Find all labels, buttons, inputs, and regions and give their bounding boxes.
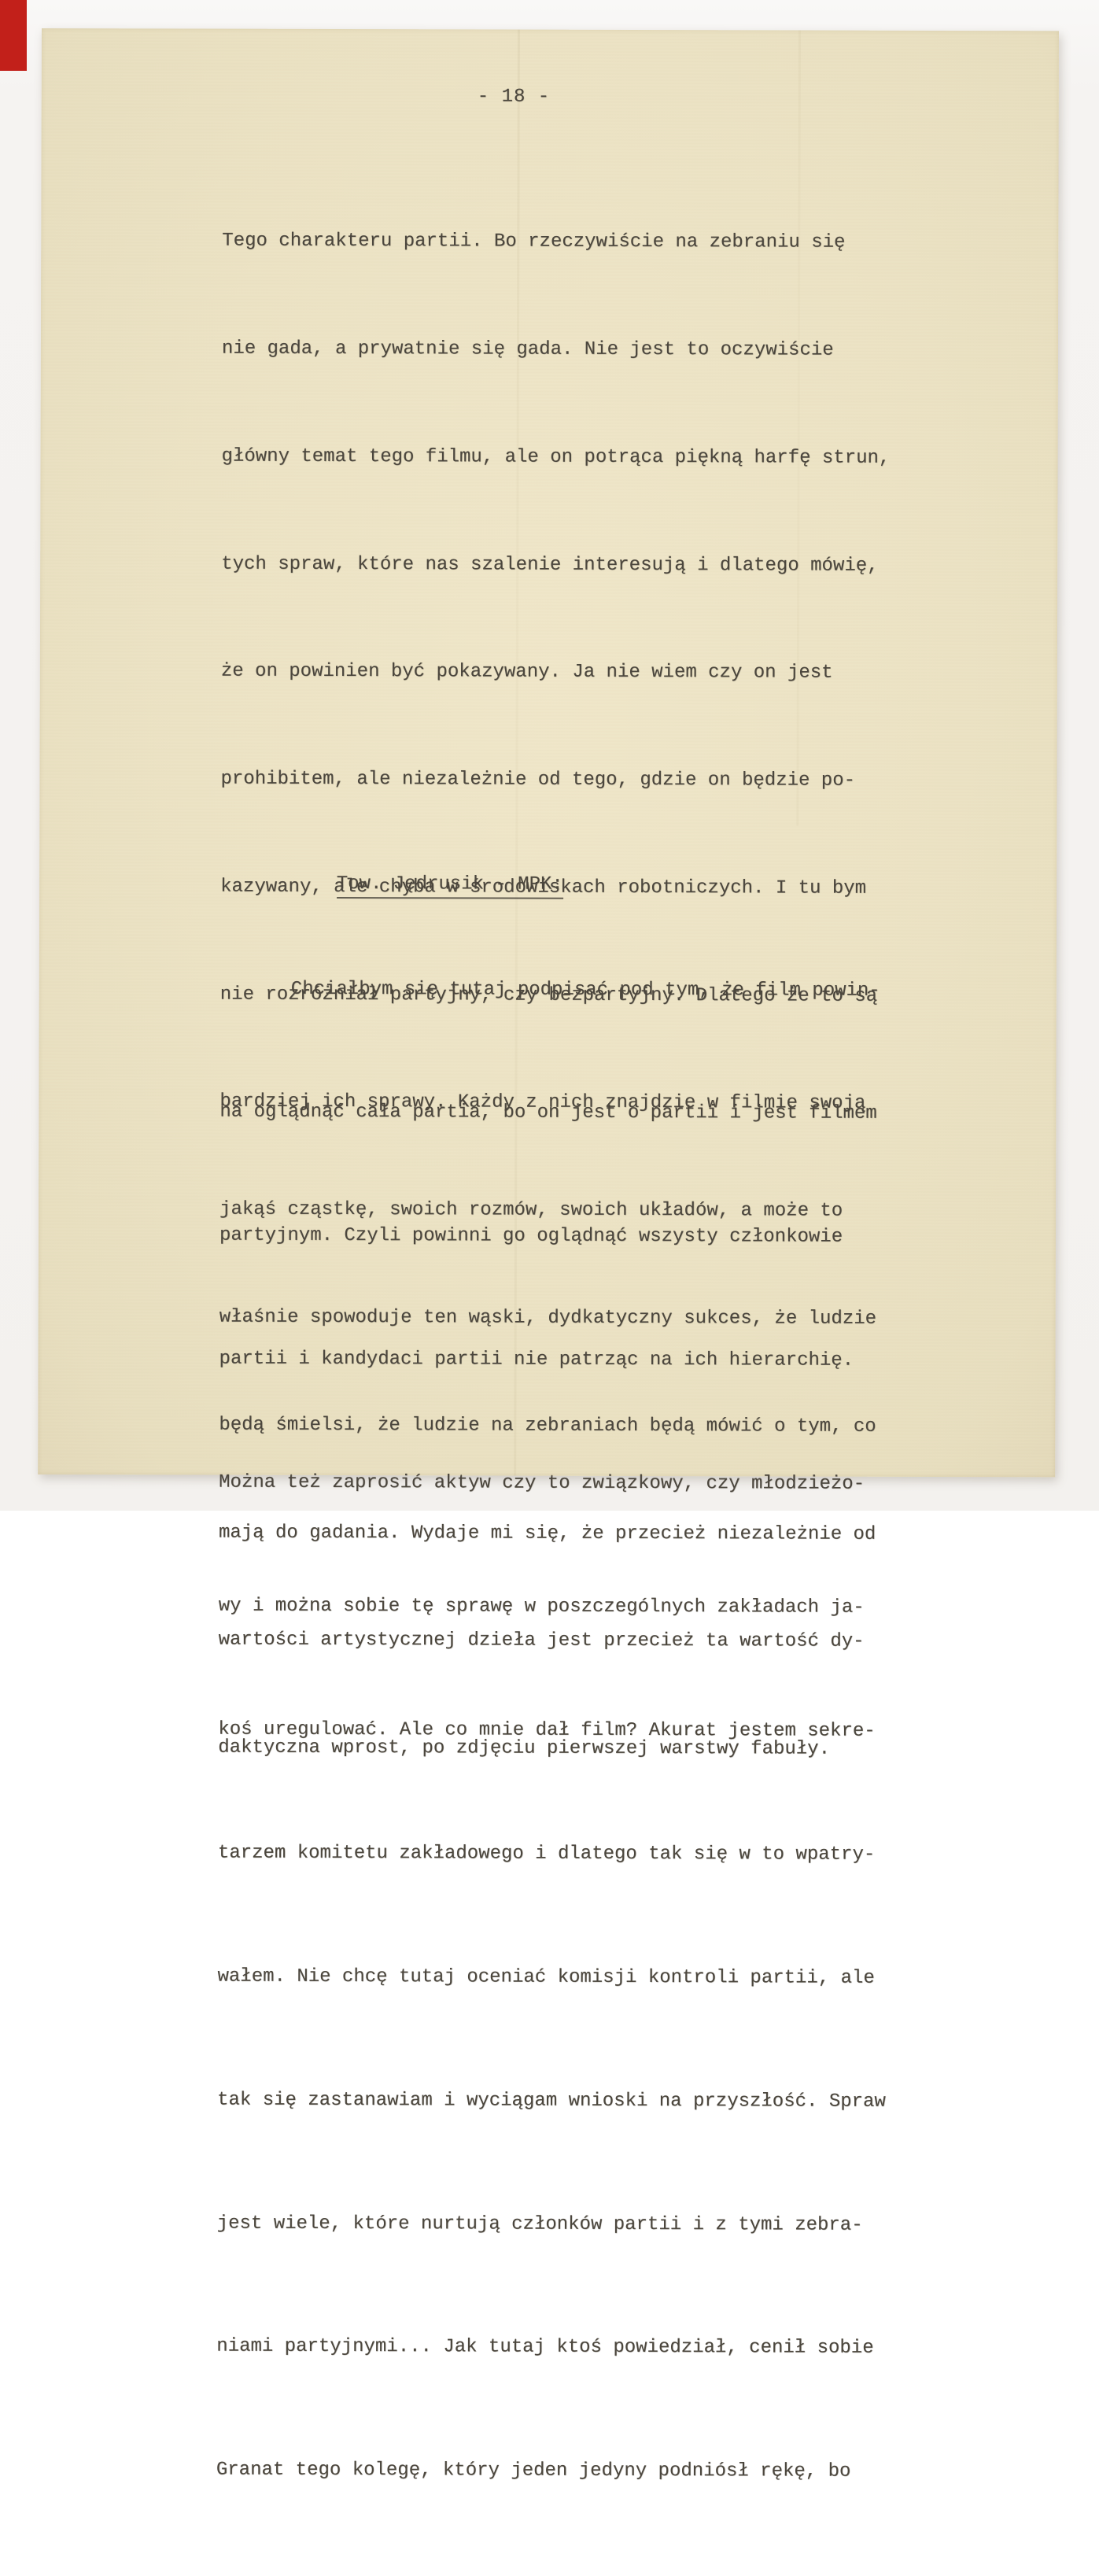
paragraph-2: Chciałbym się tutaj podpisać pod tym, że… [216, 887, 921, 1511]
text-line: Chciałbym się tutaj podpisać pod tym, że… [220, 969, 920, 1012]
text-line: że on powinien być pokazywany. Ja nie wi… [221, 654, 921, 692]
text-line: nie gada, a prywatnie się gada. Nie jest… [222, 331, 922, 369]
text-line: partyjnym. Czyli powinni go oglądnąć wsz… [219, 1216, 920, 1259]
text-line: tych spraw, które nas szalenie interesuj… [221, 546, 921, 584]
text-line: Można też zaprosić aktyw czy to związkow… [219, 1463, 919, 1506]
text-line: partii i kandydaci partii nie patrząc na… [219, 1339, 920, 1382]
red-corner-mark [0, 0, 27, 71]
text-line: prohibitem, ale niezależnie od tego, gdz… [220, 762, 920, 799]
text-line: na oglądnąć cała partia, bo on jest o pa… [219, 1092, 920, 1135]
text-line: Tego charakteru partii. Bo rzeczywiście … [222, 223, 922, 261]
text-line: główny temat tego filmu, ale on potrąca … [222, 438, 922, 476]
document-page: - 18 - Tego charakteru partii. Bo rzeczy… [38, 28, 1059, 1477]
page-number: - 18 - [478, 86, 550, 107]
